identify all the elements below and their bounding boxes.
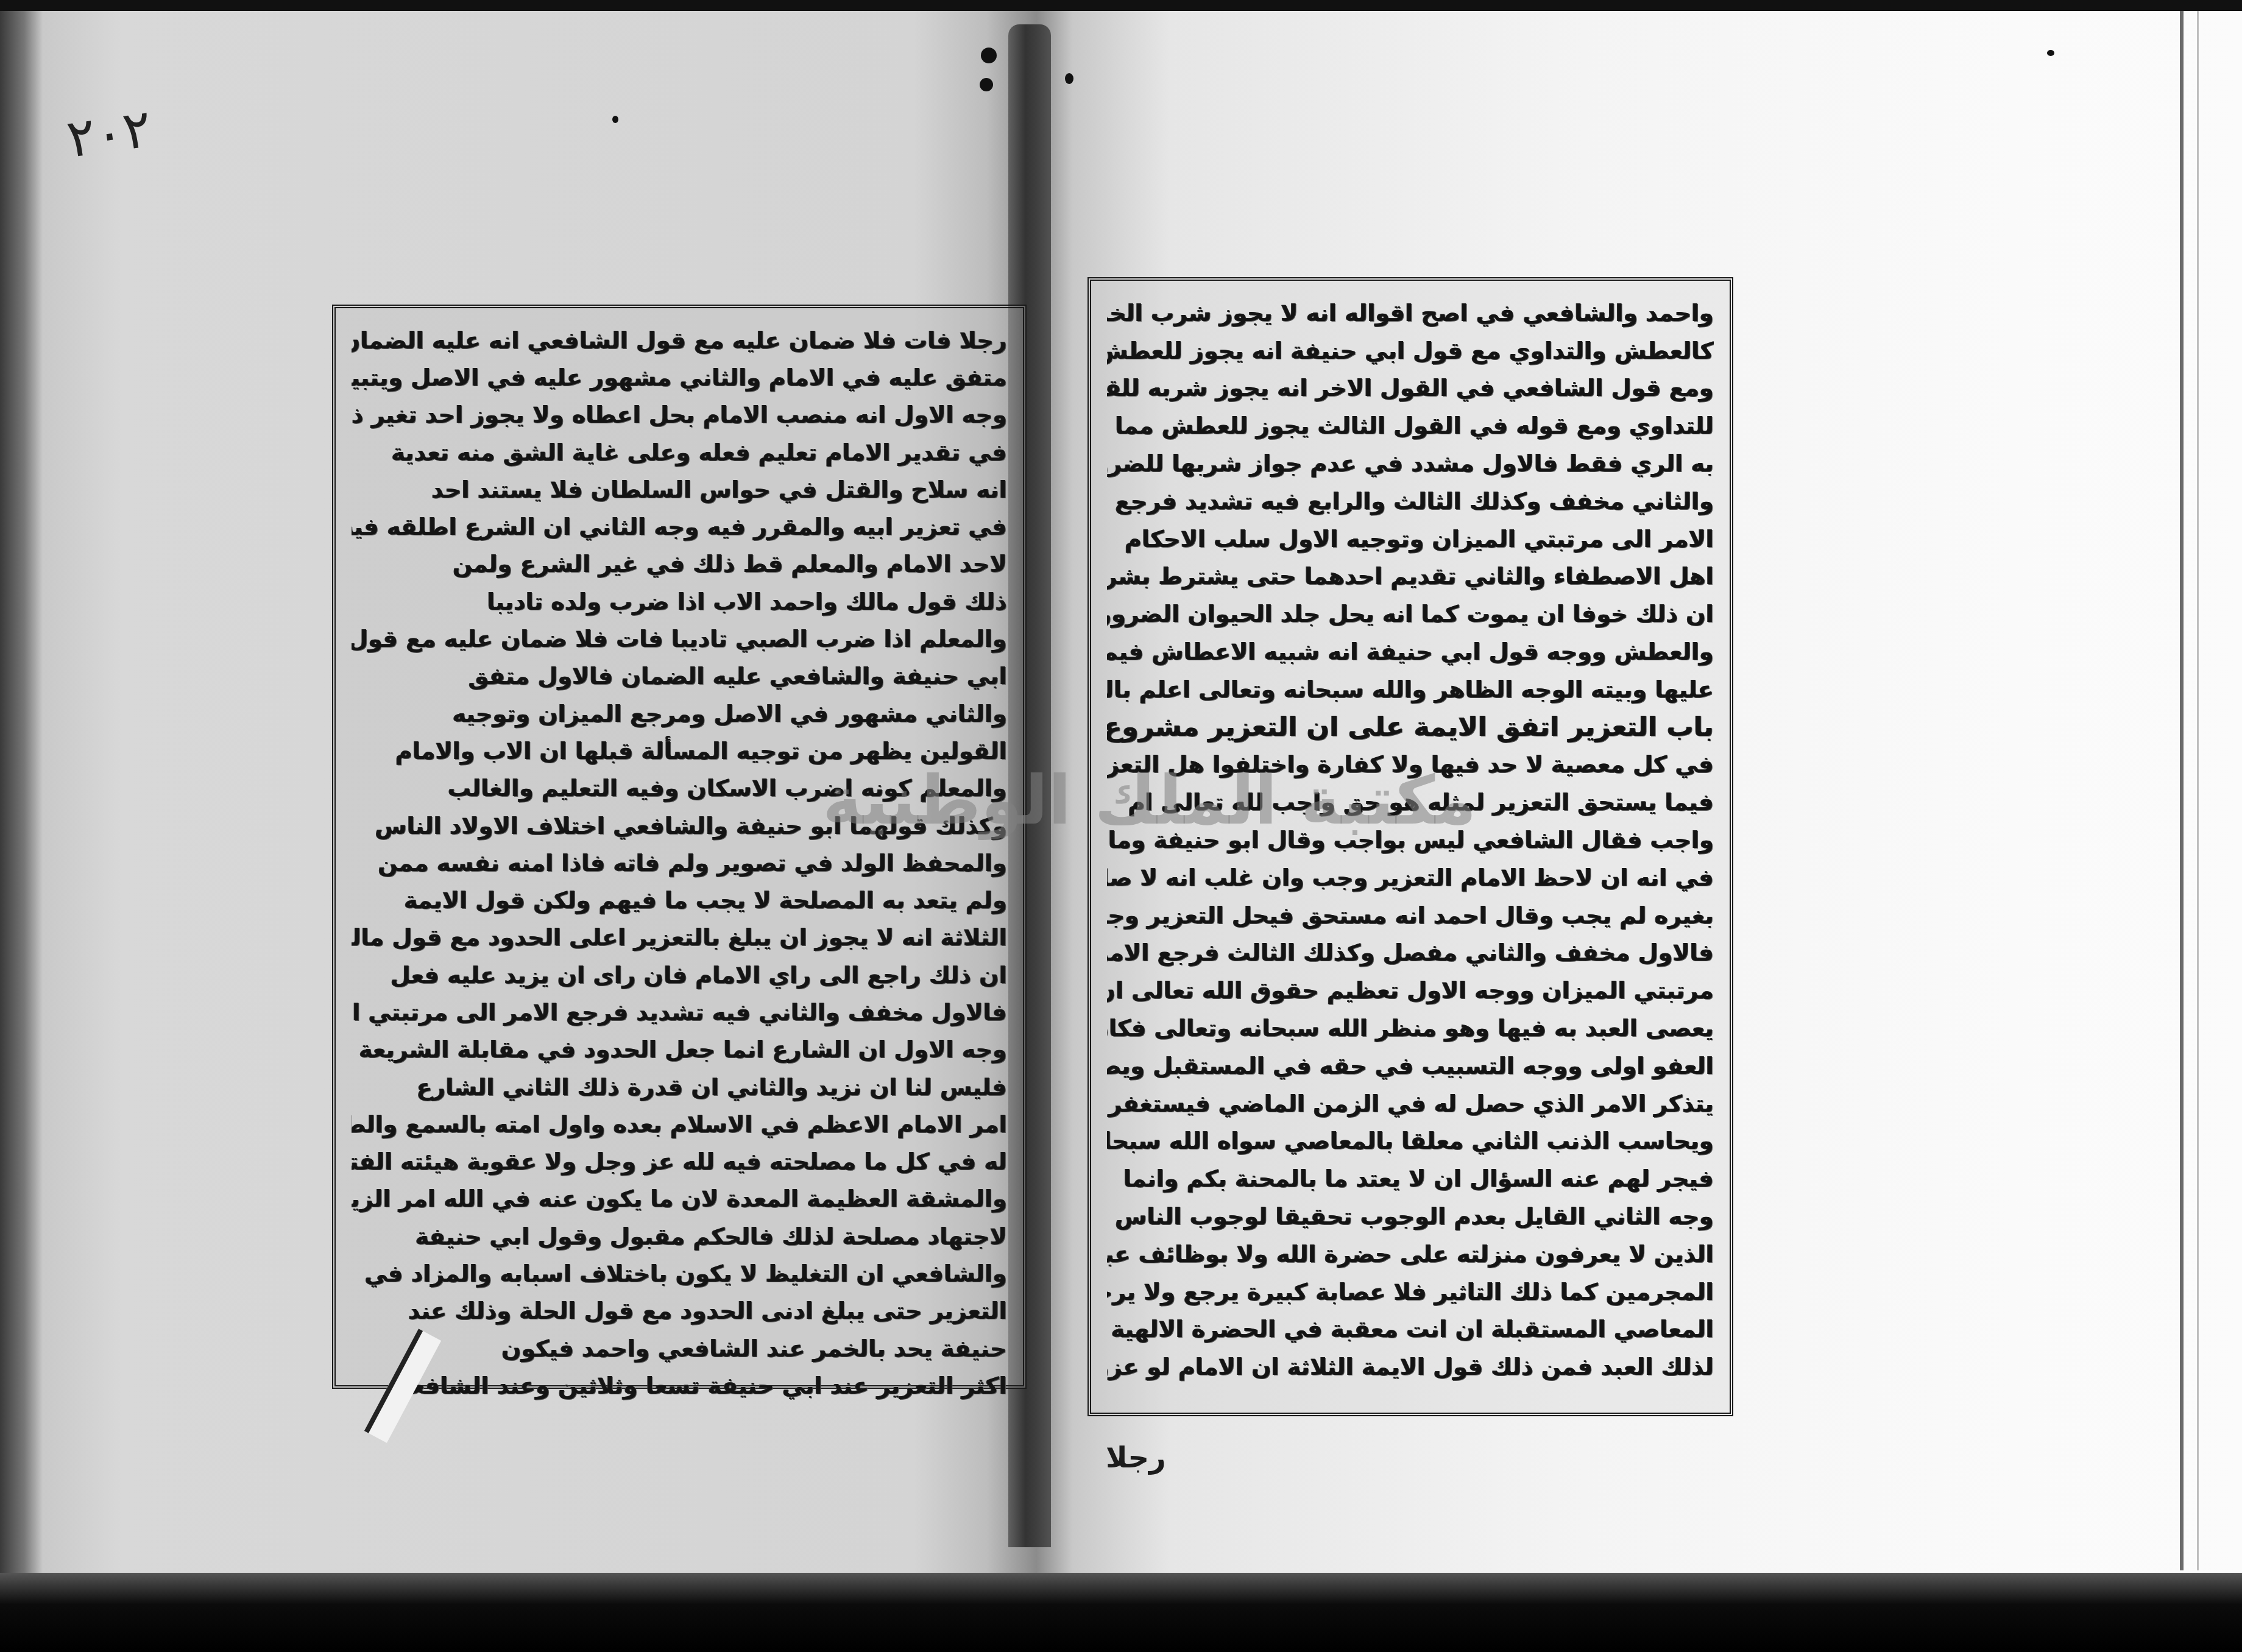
manuscript-line: الذين لا يعرفون منزلته على حضرة الله ولا… — [1107, 1235, 1714, 1273]
right-page-text-block: واحمد والشافعي في اصح اقواله انه لا يجوز… — [1087, 277, 1733, 1416]
manuscript-line: فالاول مخفف والثاني مفصل وكذلك الثالث فر… — [1107, 934, 1714, 972]
ink-spot — [2047, 50, 2054, 56]
manuscript-line: يعصى العبد به فيها وهو منظر الله سبحانه … — [1107, 1009, 1714, 1047]
manuscript-line: كالعطش والتداوي مع قول ابي حنيفة انه يجو… — [1107, 332, 1714, 370]
page-edge-line — [2197, 11, 2199, 1570]
manuscript-line: والمحفظ الولد في تصوير ولم فاته فاذا امن… — [352, 844, 1007, 881]
manuscript-line: والمشقة العظيمة المعدة لان ما يكون عنه ف… — [352, 1181, 1007, 1218]
left-page-text-block: رجلا فات فلا ضمان عليه مع قول الشافعي ان… — [332, 305, 1027, 1389]
manuscript-line: ذلك قول مالك واحمد الاب اذا ضرب ولده تاد… — [352, 583, 1007, 620]
manuscript-line: اكثر التعزير عند ابي حنيفة تسعا وثلاثين … — [352, 1367, 1007, 1404]
manuscript-line: رجلا فات فلا ضمان عليه مع قول الشافعي ان… — [352, 322, 1007, 359]
manuscript-line: في تعزير ابيه والمقرر فيه وجه الثاني ان … — [352, 508, 1007, 545]
manuscript-line: انه سلاح والقتل في حواس السلطان فلا يستن… — [352, 471, 1007, 508]
manuscript-line: والمعلم اذا ضرب الصبي تاديبا فات فلا ضما… — [352, 620, 1007, 657]
manuscript-line: والثاني مخفف وكذلك الثالث والرابع فيه تش… — [1107, 482, 1714, 520]
manuscript-line: بغيره لم يجب وقال احمد انه مستحق فيحل ال… — [1107, 897, 1714, 934]
manuscript-line: لاحد الامام والمعلم قط ذلك في غير الشرع … — [352, 546, 1007, 583]
manuscript-line: الامر الى مرتبتي الميزان وتوجيه الاول سل… — [1107, 520, 1714, 558]
manuscript-line: متفق عليه في الامام والثاني مشهور عليه ف… — [352, 359, 1007, 396]
manuscript-spread: ٢٠٢ رجلا فات فلا ضمان عليه مع قول الشافع… — [0, 0, 2242, 1652]
manuscript-line: في انه ان لاحظ الامام التعزير وجب وان غل… — [1107, 859, 1714, 897]
ink-spot — [612, 116, 618, 123]
manuscript-line: ان ذلك راجع الى راي الامام فان راى ان يز… — [352, 956, 1007, 994]
manuscript-line: وجه الاول ان الشارع انما جعل الحدود في م… — [352, 1031, 1007, 1068]
page-edge-line — [2180, 11, 2184, 1570]
manuscript-line: له في كل ما مصلحته فيه لله عز وجل ولا عق… — [352, 1143, 1007, 1181]
manuscript-line: التعزير حتى يبلغ ادنى الحدود مع قول الحل… — [352, 1293, 1007, 1330]
manuscript-line: والعطش ووجه قول ابي حنيفة انه شبيه الاعط… — [1107, 633, 1714, 671]
manuscript-line: ومع قول الشافعي في القول الاخر انه يجوز … — [1107, 370, 1714, 408]
manuscript-line: المعاصي المستقبلة ان انت معقبة في الحضرة… — [1107, 1311, 1714, 1349]
manuscript-line: فليس لنا ان نزيد والثاني ان قدرة ذلك الث… — [352, 1068, 1007, 1106]
chapter-heading-line: باب التعزير اتفق الايمة على ان التعزير م… — [1107, 708, 1714, 746]
manuscript-line: ويحاسب الذنب الثاني معلقا بالمعاصي سواه … — [1107, 1123, 1714, 1160]
manuscript-line: لذلك العبد فمن ذلك قول الايمة الثلاثة ان… — [1107, 1348, 1714, 1386]
manuscript-line: فيجر لهم عنه السؤال ان لا يعتد ما بالمحن… — [1107, 1160, 1714, 1198]
manuscript-line: المجرمين كما ذلك التاثير فلا عصابة كبيرة… — [1107, 1273, 1714, 1311]
manuscript-line: واحمد والشافعي في اصح اقواله انه لا يجوز… — [1107, 294, 1714, 332]
manuscript-line: اهل الاصطفاء والثاني تقديم احدهما حتى يش… — [1107, 558, 1714, 596]
library-watermark: مكتبة الملك الوطنية — [822, 761, 1476, 839]
scan-bottom-border — [0, 1573, 2242, 1652]
manuscript-line: امر الامام الاعظم في الاسلام بعده واول ا… — [352, 1106, 1007, 1143]
manuscript-line: به الري فقط فالاول مشدد في عدم جواز شربه… — [1107, 445, 1714, 482]
manuscript-line: يتذكر الامر الذي حصل له في الزمن الماضي … — [1107, 1085, 1714, 1123]
manuscript-line: الثلاثة انه لا يجوز ان يبلغ بالتعزير اعل… — [352, 919, 1007, 956]
ink-spot — [980, 78, 993, 91]
manuscript-line: في تقدير الامام تعليم فعله وعلى غاية الش… — [352, 434, 1007, 471]
manuscript-line: مرتبتي الميزان ووجه الاول تعظيم حقوق الل… — [1107, 972, 1714, 1009]
manuscript-line: وجه الثاني القايل بعدم الوجوب تحقيقا لوج… — [1107, 1198, 1714, 1235]
manuscript-line: لاجتهاد مصلحة لذلك فالحكم مقبول وقول ابي… — [352, 1218, 1007, 1255]
manuscript-line: العفو اولى ووجه التسبيب في حقه في المستق… — [1107, 1047, 1714, 1085]
manuscript-line: ابي حنيفة والشافعي عليه الضمان فالاول مت… — [352, 658, 1007, 695]
manuscript-line: حنيفة يحد بالخمر عند الشافعي واحمد فيكون — [352, 1330, 1007, 1367]
manuscript-line: وجه الاول انه منصب الامام بحل اعطاه ولا … — [352, 397, 1007, 434]
manuscript-line: للتداوي ومع قوله في القول الثالث يجوز لل… — [1107, 407, 1714, 445]
ink-spot — [981, 48, 997, 63]
ink-spot — [1065, 73, 1073, 84]
manuscript-line: والشافعي ان التغليظ لا يكون باختلاف اسبا… — [352, 1255, 1007, 1292]
catchword: رجلا — [1106, 1441, 1166, 1475]
manuscript-line: فالاول مخفف والثاني فيه تشديد فرجع الامر… — [352, 994, 1007, 1031]
manuscript-line: والثاني مشهور في الاصل ومرجع الميزان وتو… — [352, 695, 1007, 732]
folio-number: ٢٠٢ — [63, 98, 155, 170]
manuscript-line: ان ذلك خوفا ان يموت كما انه يحل جلد الحي… — [1107, 595, 1714, 633]
manuscript-line: ولم يتعد به المصلحة لا يجب ما فيهم ولكن … — [352, 881, 1007, 919]
manuscript-line: عليها وبيته الوجه الظاهر والله سبحانه وت… — [1107, 671, 1714, 708]
